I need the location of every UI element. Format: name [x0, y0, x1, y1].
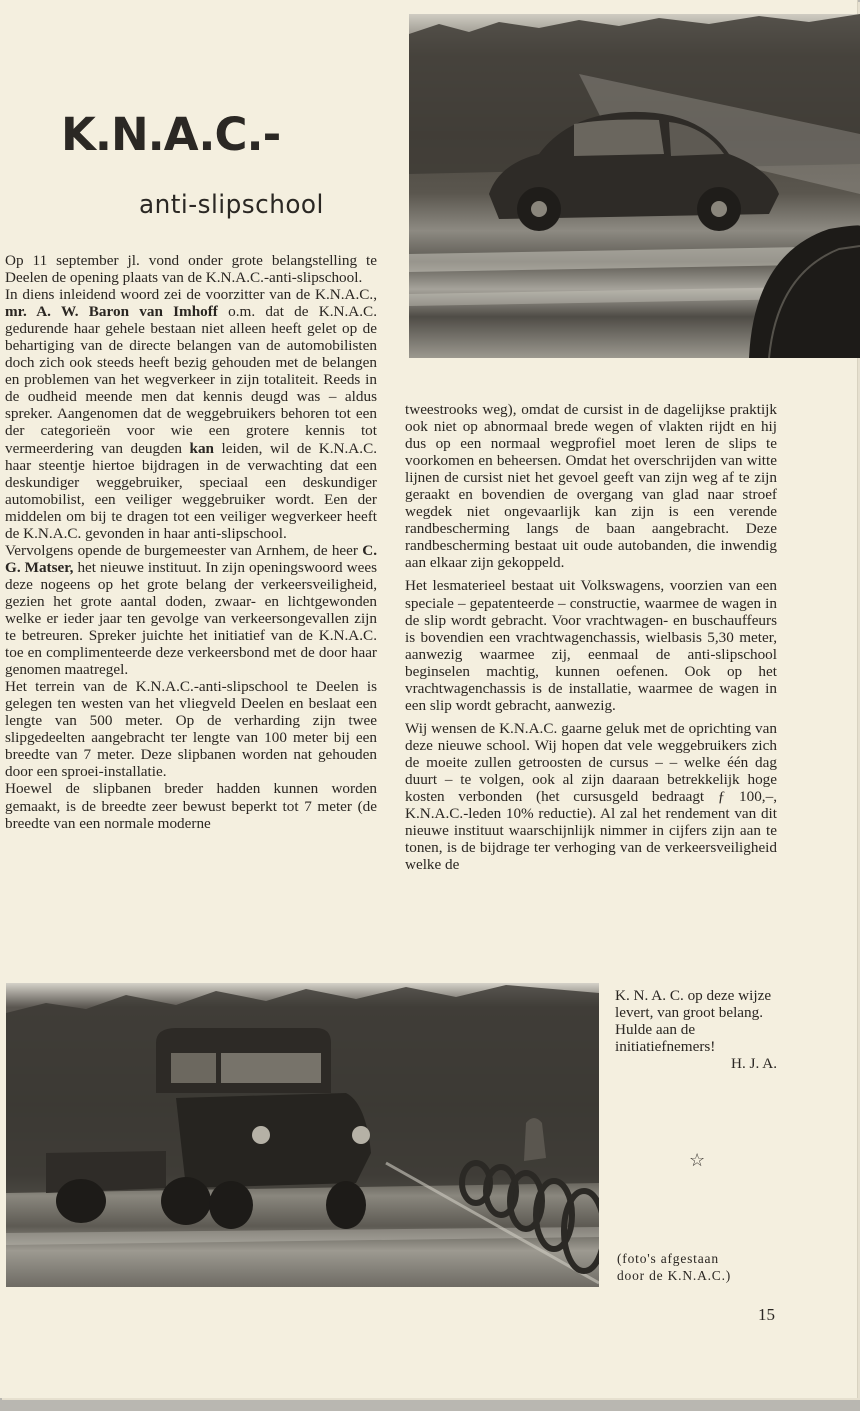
car-photo-illustration — [409, 14, 860, 358]
paragraph-mayor: Vervolgens opende de burgemeester van Ar… — [5, 542, 377, 678]
text-span: Vervolgens opende de burgemeester van Ar… — [5, 542, 362, 559]
paragraph-tribute: Hulde aan de initiatiefnemers! — [615, 1021, 777, 1055]
paragraph-road-profile: tweestrooks weg), omdat de cursist in de… — [405, 401, 777, 571]
person-name-imhoff: mr. A. W. Baron van Imhoff — [5, 303, 218, 320]
emphasis-kan: kan — [190, 440, 215, 457]
star-ornament-icon: ☆ — [689, 1150, 705, 1171]
left-column: Op 11 september jl. vond onder grote bel… — [5, 252, 377, 832]
photo-credit-line: (foto's afgestaan — [617, 1250, 731, 1267]
page-number: 15 — [758, 1305, 775, 1325]
paragraph-opening: Op 11 september jl. vond onder grote bel… — [5, 252, 377, 286]
text-span: het nieuwe instituut. In zijn openingswo… — [5, 559, 377, 678]
photo-truck-chassis — [6, 983, 599, 1287]
text-span: In diens inleidend woord zei de voorzitt… — [5, 286, 377, 303]
article-subtitle: anti-slipschool — [139, 192, 324, 218]
author-signature: H. J. A. — [615, 1055, 777, 1072]
paragraph-width: Hoewel de slipbanen breder hadden kunnen… — [5, 780, 377, 831]
paragraph-wishes: Wij wensen de K.N.A.C. gaarne geluk met … — [405, 720, 777, 873]
paragraph-terrain: Het terrein van de K.N.A.C.-anti-slipsch… — [5, 678, 377, 780]
truck-photo-illustration — [6, 983, 599, 1287]
paragraph-importance: K. N. A. C. op deze wijze levert, van gr… — [615, 987, 777, 1021]
paragraph-materials: Het lesmaterieel bestaat uit Volkswagens… — [405, 577, 777, 713]
paragraph-chairman: In diens inleidend woord zei de voorzitt… — [5, 286, 377, 542]
photo-credit: (foto's afgestaan door de K.N.A.C.) — [617, 1250, 731, 1284]
text-span: o.m. dat de K.N.A.C. gedurende haar gehe… — [5, 303, 377, 456]
magazine-page: K.N.A.C.- anti-slipschool Op 11 septembe… — [0, 0, 858, 1398]
narrow-column: K. N. A. C. op deze wijze levert, van gr… — [615, 987, 777, 1072]
photo-credit-line: door de K.N.A.C.) — [617, 1267, 731, 1284]
article-title: K.N.A.C.- — [61, 112, 280, 157]
right-column: tweestrooks weg), omdat de cursist in de… — [405, 401, 777, 873]
photo-volkswagen-slip — [409, 14, 860, 358]
